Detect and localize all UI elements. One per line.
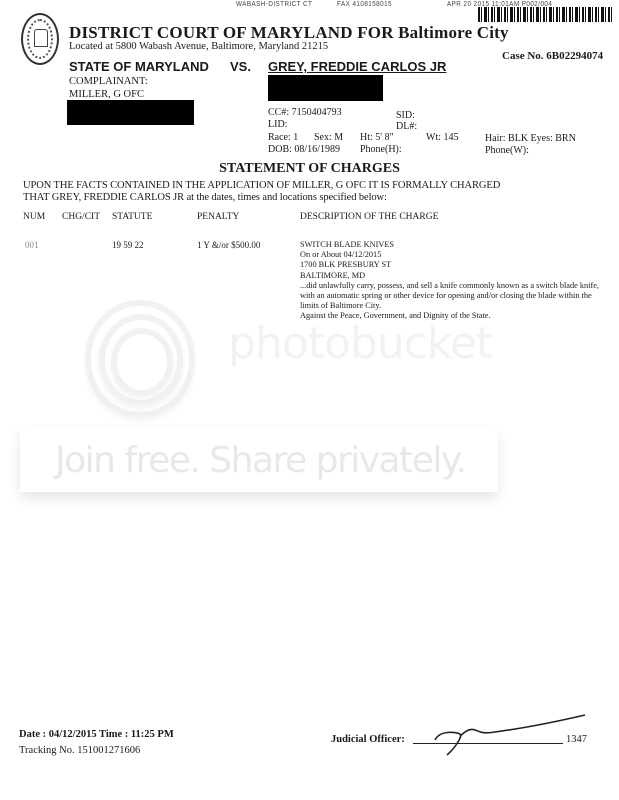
charge-penalty: 1 Y &/or $500.00 [197, 240, 260, 250]
col-header-chg-cit: CHG/CIT [62, 212, 100, 222]
phone-home: Phone(H): [360, 144, 402, 155]
charge-num: 001 [25, 240, 39, 250]
charge-location: 1700 BLK PRESBURY ST [300, 260, 600, 270]
sex: Sex: M [314, 132, 343, 143]
fax-number: FAX 4108158015 [337, 1, 392, 8]
versus-label: VS. [230, 59, 251, 74]
court-seal-icon [21, 13, 59, 65]
tracking-number: Tracking No. 151001271606 [19, 745, 140, 756]
case-number: Case No. 6B02294074 [502, 50, 603, 62]
hair-eyes: Hair: BLK Eyes: BRN [485, 133, 576, 144]
lid: LID: [268, 119, 287, 130]
sid: SID: [396, 110, 415, 121]
complainant-label: COMPLAINANT: [69, 76, 148, 87]
fax-sender: WABASH-DISTRICT CT [236, 1, 312, 8]
watermark-brand: photobucket [228, 318, 492, 369]
charge-description: SWITCH BLADE KNIVES On or About 04/12/20… [300, 240, 600, 322]
court-address: Located at 5800 Wabash Avenue, Baltimore… [69, 41, 328, 52]
statement-line-2: THAT GREY, FREDDIE CARLOS JR at the date… [23, 192, 387, 203]
col-header-num: NUM [23, 212, 45, 222]
plaintiff: STATE OF MARYLAND [69, 59, 209, 74]
redaction-block [268, 75, 383, 101]
charge-city: BALTIMORE, MD [300, 271, 600, 281]
charge-date: On or About 04/12/2015 [300, 250, 600, 260]
col-header-description: DESCRIPTION OF THE CHARGE [300, 212, 438, 222]
col-header-penalty: PENALTY [197, 212, 239, 222]
weight: Wt: 145 [426, 132, 459, 143]
col-header-statute: STATUTE [112, 212, 152, 222]
defendant-name: GREY, FREDDIE CARLOS JR [268, 59, 446, 74]
phone-work: Phone(W): [485, 145, 529, 156]
statement-title: STATEMENT OF CHARGES [0, 161, 619, 177]
complainant-name: MILLER, G OFC [69, 89, 144, 100]
watermark-banner-text: Join free. Share privately. [55, 440, 466, 481]
charge-title: SWITCH BLADE KNIVES [300, 240, 600, 250]
redaction-block [67, 100, 194, 125]
dl-number: DL#: [396, 121, 417, 132]
charge-narrative: ...did unlawfully carry, possess, and se… [300, 281, 600, 312]
statement-line-1: UPON THE FACTS CONTAINED IN THE APPLICAT… [23, 180, 500, 191]
date-time: Date : 04/12/2015 Time : 11:25 PM [19, 729, 174, 740]
photobucket-logo-icon [85, 300, 195, 418]
court-title: DISTRICT COURT OF MARYLAND FOR Baltimore… [69, 23, 509, 43]
dob: DOB: 08/16/1989 [268, 144, 340, 155]
judicial-officer-id: 1347 [566, 734, 587, 745]
race: Race: 1 [268, 132, 298, 143]
barcode-icon [478, 7, 614, 22]
height: Ht: 5' 8" [360, 132, 394, 143]
charge-statute: 19 59 22 [112, 240, 144, 250]
judicial-officer-label: Judicial Officer: [331, 734, 405, 745]
cc-number: CC#: 7150404793 [268, 107, 342, 118]
